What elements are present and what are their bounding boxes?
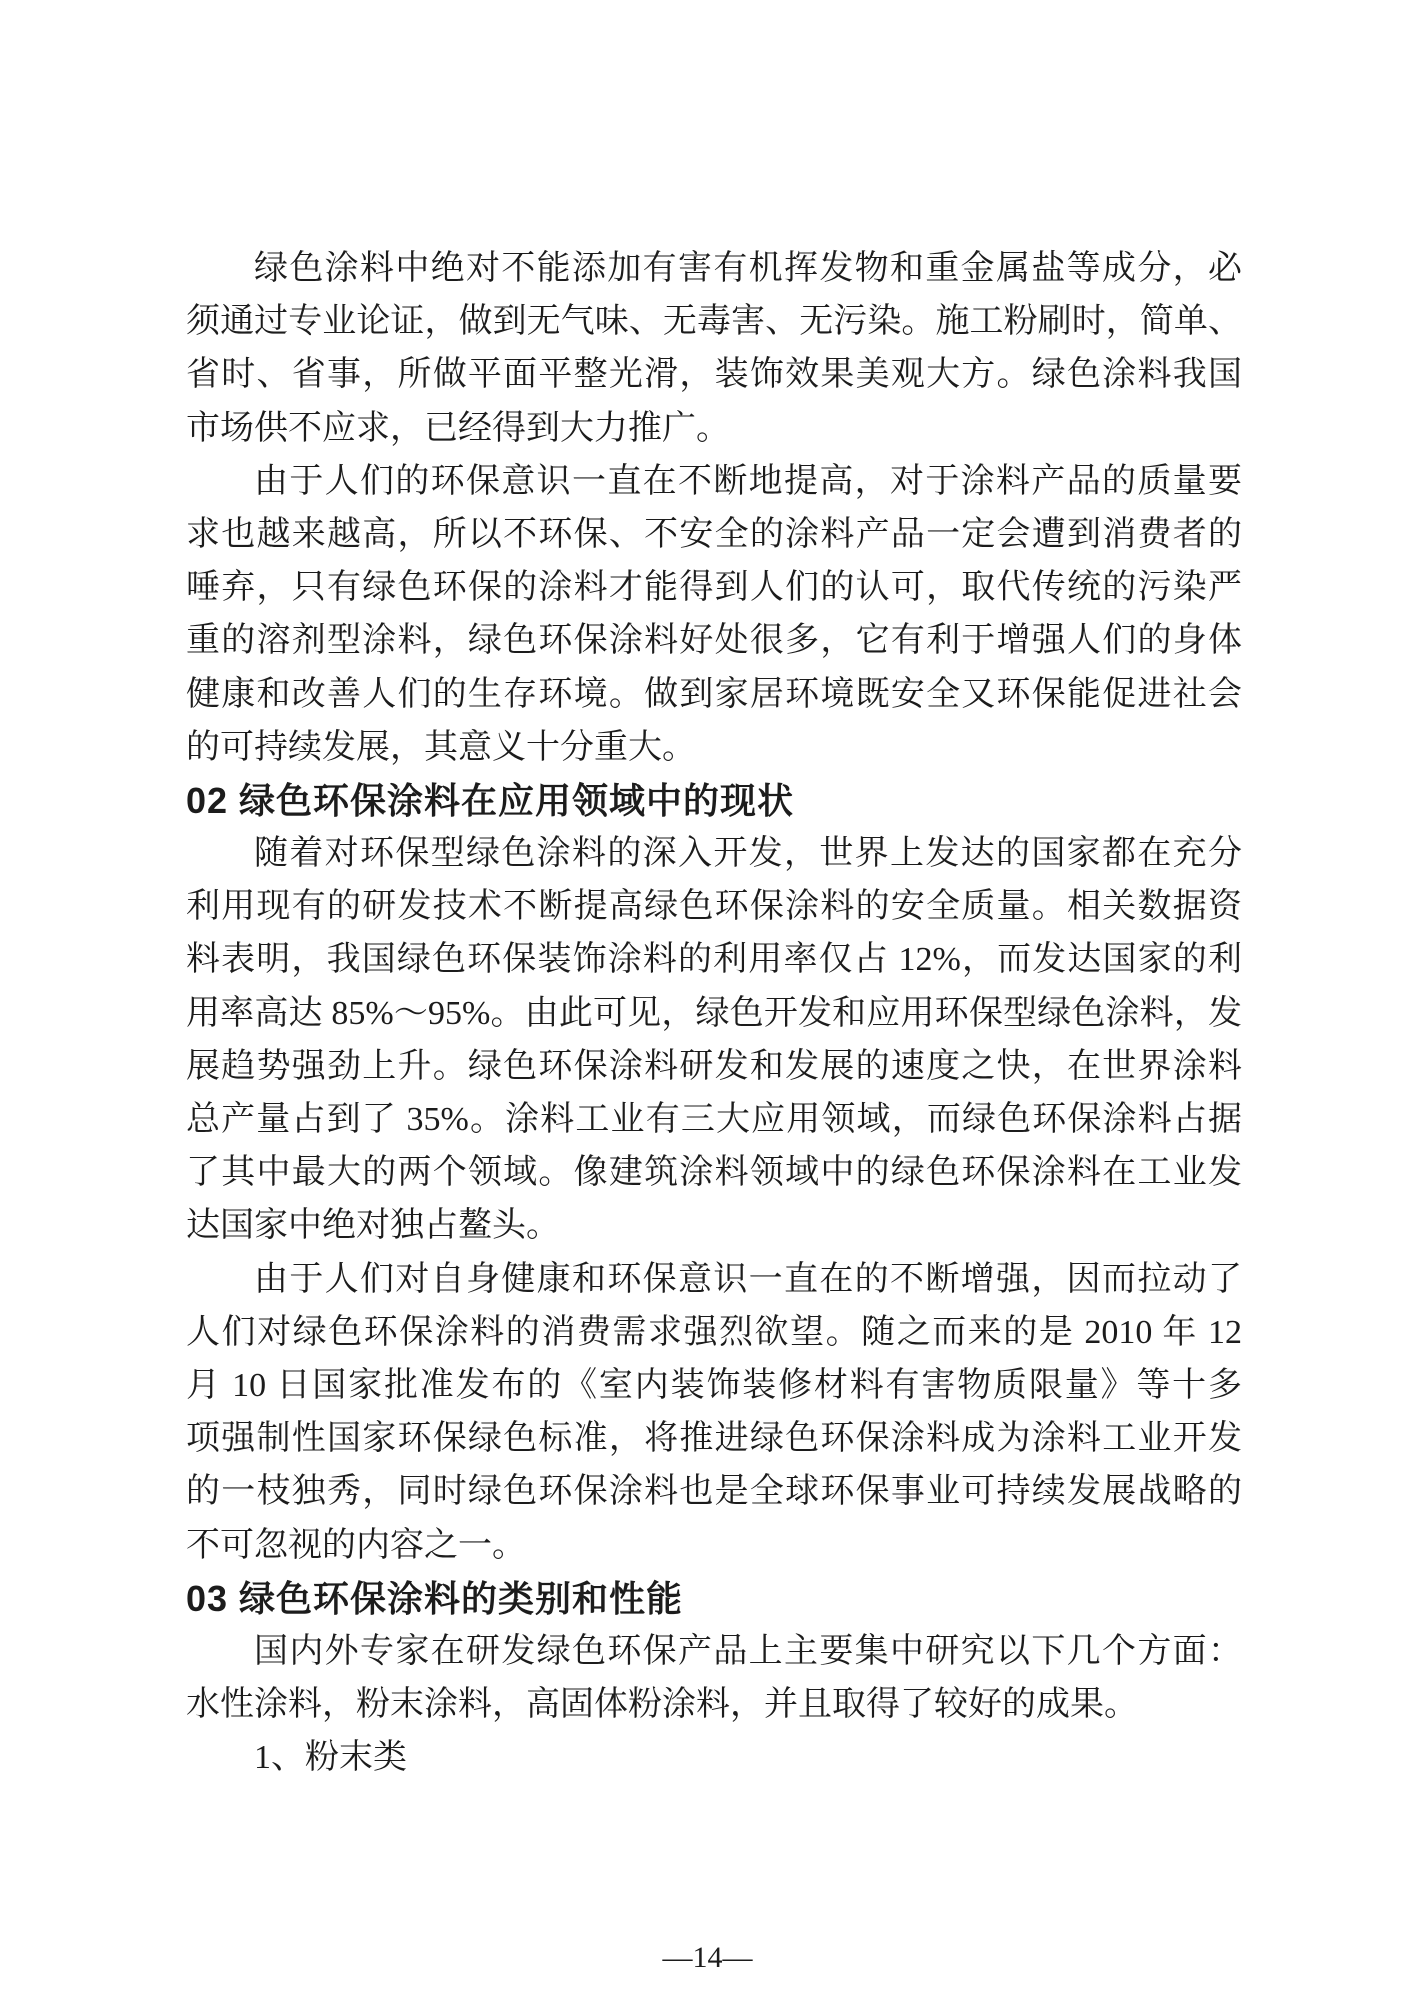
text-line: 达国家中绝对独占鳌头。 <box>186 1199 1242 1252</box>
text-line: 市场供不应求，已经得到大力推广。 <box>186 402 1242 455</box>
text-line: 的一枝独秀，同时绿色环保涂料也是全球环保事业可持续发展战略的 <box>186 1465 1242 1518</box>
text-line: 总产量占到了 35%。涂料工业有三大应用领域，而绿色环保涂料占据 <box>186 1093 1242 1146</box>
section-heading-02: 02 绿色环保涂料在应用领域中的现状 <box>186 774 1242 827</box>
text-column: 绿色涂料中绝对不能添加有害有机挥发物和重金属盐等成分，必 须通过专业论证，做到无… <box>186 242 1242 1784</box>
paragraph: 随着对环保型绿色涂料的深入开发，世界上发达的国家都在充分 利用现有的研发技术不断… <box>186 827 1242 1253</box>
section-heading-03: 03 绿色环保涂料的类别和性能 <box>186 1572 1242 1625</box>
text-line: 唾弃，只有绿色环保的涂料才能得到人们的认可，取代传统的污染严 <box>186 561 1242 614</box>
text-line: 水性涂料，粉末涂料，高固体粉涂料，并且取得了较好的成果。 <box>186 1678 1242 1731</box>
text-line: 随着对环保型绿色涂料的深入开发，世界上发达的国家都在充分 <box>186 827 1242 880</box>
text-line: 绿色涂料中绝对不能添加有害有机挥发物和重金属盐等成分，必 <box>186 242 1242 295</box>
paragraph: 1、粉末类 <box>186 1731 1242 1784</box>
text-line: 须通过专业论证，做到无气味、无毒害、无污染。施工粉刷时，简单、 <box>186 295 1242 348</box>
paragraph: 绿色涂料中绝对不能添加有害有机挥发物和重金属盐等成分，必 须通过专业论证，做到无… <box>186 242 1242 455</box>
document-page: 绿色涂料中绝对不能添加有害有机挥发物和重金属盐等成分，必 须通过专业论证，做到无… <box>0 0 1415 2000</box>
text-line: 项强制性国家环保绿色标准，将推进绿色环保涂料成为涂料工业开发 <box>186 1412 1242 1465</box>
text-line: 不可忽视的内容之一。 <box>186 1519 1242 1572</box>
text-line: 用率高达 85%～95%。由此可见，绿色开发和应用环保型绿色涂料，发 <box>186 987 1242 1040</box>
page-number: —14— <box>0 1936 1415 1980</box>
text-line: 由于人们对自身健康和环保意识一直在的不断增强，因而拉动了 <box>186 1253 1242 1306</box>
text-line: 由于人们的环保意识一直在不断地提高，对于涂料产品的质量要 <box>186 455 1242 508</box>
text-line: 月 10 日国家批准发布的《室内装饰装修材料有害物质限量》等十多 <box>186 1359 1242 1412</box>
paragraph: 由于人们的环保意识一直在不断地提高，对于涂料产品的质量要 求也越来越高，所以不环… <box>186 455 1242 774</box>
text-line: 料表明，我国绿色环保装饰涂料的利用率仅占 12%，而发达国家的利 <box>186 933 1242 986</box>
text-line: 利用现有的研发技术不断提高绿色环保涂料的安全质量。相关数据资 <box>186 880 1242 933</box>
text-line: 国内外专家在研发绿色环保产品上主要集中研究以下几个方面： <box>186 1625 1242 1678</box>
text-line: 1、粉末类 <box>186 1731 1242 1784</box>
text-line: 健康和改善人们的生存环境。做到家居环境既安全又环保能促进社会 <box>186 668 1242 721</box>
text-line: 人们对绿色环保涂料的消费需求强烈欲望。随之而来的是 2010 年 12 <box>186 1306 1242 1359</box>
text-line: 省时、省事，所做平面平整光滑，装饰效果美观大方。绿色涂料我国 <box>186 348 1242 401</box>
text-line: 了其中最大的两个领域。像建筑涂料领域中的绿色环保涂料在工业发 <box>186 1146 1242 1199</box>
text-line: 的可持续发展，其意义十分重大。 <box>186 721 1242 774</box>
text-line: 重的溶剂型涂料，绿色环保涂料好处很多，它有利于增强人们的身体 <box>186 614 1242 667</box>
text-line: 求也越来越高，所以不环保、不安全的涂料产品一定会遭到消费者的 <box>186 508 1242 561</box>
text-line: 展趋势强劲上升。绿色环保涂料研发和发展的速度之快，在世界涂料 <box>186 1040 1242 1093</box>
paragraph: 国内外专家在研发绿色环保产品上主要集中研究以下几个方面： 水性涂料，粉末涂料，高… <box>186 1625 1242 1731</box>
paragraph: 由于人们对自身健康和环保意识一直在的不断增强，因而拉动了 人们对绿色环保涂料的消… <box>186 1253 1242 1572</box>
